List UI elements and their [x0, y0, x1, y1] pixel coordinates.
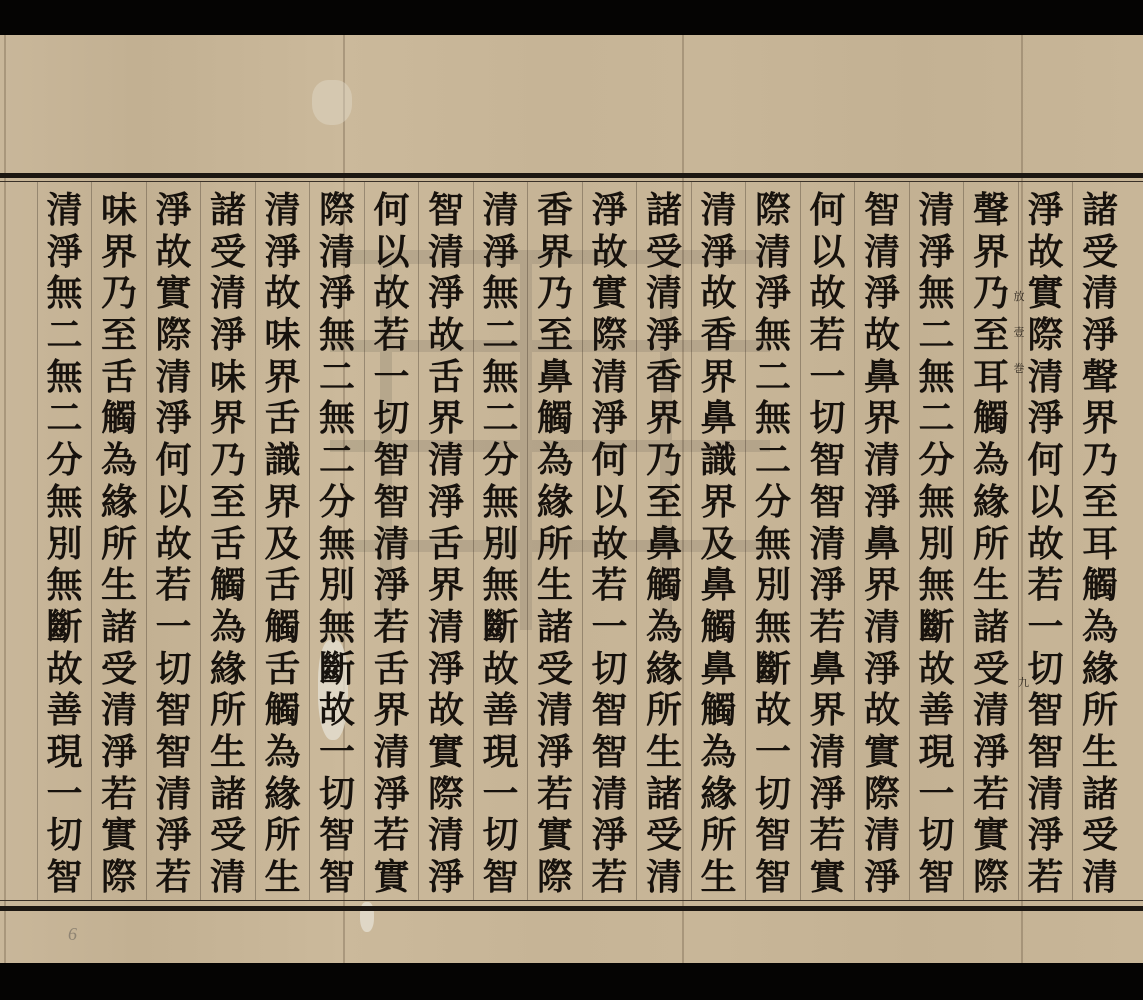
- glyph: 清: [864, 440, 900, 481]
- glyph: 淨: [101, 732, 137, 773]
- glyph: 諸: [210, 774, 246, 815]
- glyph: 智: [319, 857, 355, 898]
- glyph: 清: [646, 273, 682, 314]
- glyph: 觸: [101, 398, 137, 439]
- glyph: 一: [809, 357, 845, 398]
- glyph: 無: [918, 273, 954, 314]
- glyph: 鼻: [809, 649, 845, 690]
- glyph: 淨: [755, 273, 791, 314]
- glyph: 分: [918, 440, 954, 481]
- text-column: 際清淨無二無二分無別無斷故一切智智: [750, 190, 796, 898]
- glyph: 緣: [210, 649, 246, 690]
- glyph: 無: [482, 565, 518, 606]
- glyph: 智: [482, 857, 518, 898]
- glyph: 淨: [155, 398, 191, 439]
- glyph: 智: [918, 857, 954, 898]
- glyph: 二: [46, 315, 82, 356]
- glyph: 際: [864, 774, 900, 815]
- glyph: 淨: [428, 273, 464, 314]
- glyph: 為: [973, 440, 1009, 481]
- text-column: 諸受清淨味界乃至舌觸為緣所生諸受清: [205, 190, 251, 898]
- glyph: 界: [428, 565, 464, 606]
- glyph: 二: [755, 440, 791, 481]
- glyph: 受: [101, 649, 137, 690]
- text-column: 淨故實際清淨何以故若一切智智清淨若: [587, 190, 633, 898]
- glyph: 緣: [1082, 649, 1118, 690]
- glyph: 淨: [646, 315, 682, 356]
- column-divider: [909, 182, 910, 900]
- glyph: 淨: [537, 732, 573, 773]
- glyph: 香: [700, 315, 736, 356]
- text-column: 清淨無二無二分無別無斷故善現一切智: [42, 190, 88, 898]
- column-divider: [37, 182, 38, 900]
- glyph: 舌: [373, 649, 409, 690]
- glyph: 際: [591, 315, 627, 356]
- glyph: 智: [319, 815, 355, 856]
- glyph: 觸: [700, 690, 736, 731]
- glyph: 清: [973, 690, 1009, 731]
- glyph: 清: [428, 607, 464, 648]
- text-column: 諸受清淨聲界乃至耳觸為緣所生諸受清: [1077, 190, 1123, 898]
- glyph: 淨: [1027, 815, 1063, 856]
- glyph: 所: [210, 690, 246, 731]
- glyph: 二: [482, 315, 518, 356]
- glyph: 界: [210, 398, 246, 439]
- glyph: 無: [46, 357, 82, 398]
- glyph: 淨: [373, 565, 409, 606]
- glyph: 舌: [101, 357, 137, 398]
- column-divider: [854, 182, 855, 900]
- glyph: 故: [373, 273, 409, 314]
- glyph: 斷: [918, 607, 954, 648]
- glyph: 二: [918, 315, 954, 356]
- glyph: 若: [809, 815, 845, 856]
- glyph: 智: [428, 190, 464, 231]
- glyph: 智: [591, 732, 627, 773]
- glyph: 清: [864, 607, 900, 648]
- glyph: 清: [864, 815, 900, 856]
- glyph: 現: [46, 732, 82, 773]
- glyph: 為: [537, 440, 573, 481]
- glyph: 無: [755, 524, 791, 565]
- glyph: 味: [264, 315, 300, 356]
- glyph: 清: [1082, 857, 1118, 898]
- glyph: 智: [864, 190, 900, 231]
- glyph: 乃: [101, 273, 137, 314]
- glyph: 故: [1027, 232, 1063, 273]
- glyph: 為: [1082, 607, 1118, 648]
- glyph: 別: [319, 565, 355, 606]
- glyph: 舌: [210, 524, 246, 565]
- glyph: 際: [973, 857, 1009, 898]
- text-column: 淨故實際清淨何以故若一切智智清淨若: [151, 190, 197, 898]
- glyph: 為: [264, 732, 300, 773]
- glyph: 斷: [319, 649, 355, 690]
- glyph: 實: [373, 857, 409, 898]
- text-column: 清淨無二無二分無別無斷故善現一切智: [478, 190, 524, 898]
- glyph: 故: [319, 690, 355, 731]
- glyph: 故: [864, 315, 900, 356]
- glyph: 界: [101, 232, 137, 273]
- column-divider: [364, 182, 365, 900]
- glyph: 緣: [101, 482, 137, 523]
- glyph: 故: [482, 649, 518, 690]
- glyph: 清: [210, 273, 246, 314]
- glyph: 諸: [973, 607, 1009, 648]
- glyph: 切: [155, 649, 191, 690]
- glyph: 至: [973, 315, 1009, 356]
- glyph: 清: [537, 690, 573, 731]
- glyph: 善: [918, 690, 954, 731]
- glyph: 淨: [319, 273, 355, 314]
- glyph: 實: [101, 815, 137, 856]
- glyph: 智: [155, 732, 191, 773]
- center-fold-margin-note: 放 壹 巻: [1012, 290, 1026, 398]
- glyph: 若: [1027, 565, 1063, 606]
- glyph: 舌: [428, 524, 464, 565]
- glyph: 味: [101, 190, 137, 231]
- glyph: 智: [373, 440, 409, 481]
- glyph: 及: [264, 524, 300, 565]
- glyph: 緣: [264, 774, 300, 815]
- text-column: 香界乃至鼻觸為緣所生諸受清淨若實際: [532, 190, 578, 898]
- glyph: 淨: [864, 482, 900, 523]
- glyph: 淨: [591, 190, 627, 231]
- glyph: 一: [373, 357, 409, 398]
- glyph: 一: [918, 774, 954, 815]
- glyph: 若: [373, 315, 409, 356]
- glyph: 一: [591, 607, 627, 648]
- glyph: 實: [591, 273, 627, 314]
- glyph: 淨: [918, 232, 954, 273]
- glyph: 淨: [809, 774, 845, 815]
- glyph: 緣: [537, 482, 573, 523]
- glyph: 清: [591, 774, 627, 815]
- glyph: 別: [755, 565, 791, 606]
- glyph: 觸: [264, 607, 300, 648]
- glyph: 分: [319, 482, 355, 523]
- glyph: 受: [210, 815, 246, 856]
- glyph: 無: [482, 357, 518, 398]
- margin-note-char: 巻: [1014, 362, 1025, 376]
- glyph: 清: [101, 690, 137, 731]
- glyph: 諸: [210, 190, 246, 231]
- glyph: 別: [918, 524, 954, 565]
- glyph: 故: [428, 690, 464, 731]
- glyph: 界: [1082, 398, 1118, 439]
- glyph: 淨: [1082, 315, 1118, 356]
- glyph: 清: [864, 232, 900, 273]
- glyph: 際: [1027, 315, 1063, 356]
- glyph: 緣: [973, 482, 1009, 523]
- glyph: 淨: [373, 774, 409, 815]
- glyph: 智: [755, 815, 791, 856]
- text-column: 淨故實際清淨何以故若一切智智清淨若: [1023, 190, 1069, 898]
- glyph: 淨: [264, 232, 300, 273]
- glyph: 分: [755, 482, 791, 523]
- glyph: 生: [1082, 732, 1118, 773]
- glyph: 若: [101, 774, 137, 815]
- glyph: 界: [864, 565, 900, 606]
- glyph: 實: [973, 815, 1009, 856]
- glyph: 至: [210, 482, 246, 523]
- glyph: 斷: [46, 607, 82, 648]
- glyph: 界: [700, 357, 736, 398]
- glyph: 清: [428, 440, 464, 481]
- glyph: 清: [155, 357, 191, 398]
- glyph: 受: [646, 232, 682, 273]
- column-divider: [309, 182, 310, 900]
- glyph: 所: [537, 524, 573, 565]
- glyph: 若: [809, 607, 845, 648]
- glyph: 無: [755, 607, 791, 648]
- glyph: 若: [155, 857, 191, 898]
- glyph: 智: [755, 857, 791, 898]
- glyph: 清: [809, 524, 845, 565]
- glyph: 無: [918, 482, 954, 523]
- glyph: 故: [155, 232, 191, 273]
- glyph: 鼻: [537, 357, 573, 398]
- glyph: 現: [918, 732, 954, 773]
- glyph: 故: [264, 273, 300, 314]
- glyph: 至: [1082, 482, 1118, 523]
- glyph: 淨: [46, 232, 82, 273]
- glyph: 清: [46, 190, 82, 231]
- text-column: 智清淨故舌界清淨舌界清淨故實際清淨: [423, 190, 469, 898]
- glyph: 以: [809, 232, 845, 273]
- column-divider: [91, 182, 92, 900]
- bottom-border-rule: [0, 906, 1143, 911]
- glyph: 清: [1027, 357, 1063, 398]
- column-divider: [527, 182, 528, 900]
- glyph: 諸: [646, 190, 682, 231]
- glyph: 別: [46, 524, 82, 565]
- glyph: 一: [482, 774, 518, 815]
- glyph: 所: [700, 815, 736, 856]
- top-border-inner-rule: [0, 181, 1143, 182]
- text-column: 際清淨無二無二分無別無斷故一切智智: [314, 190, 360, 898]
- text-column: 諸受清淨香界乃至鼻觸為緣所生諸受清: [641, 190, 687, 898]
- glyph: 所: [101, 524, 137, 565]
- glyph: 何: [155, 440, 191, 481]
- glyph: 清: [373, 732, 409, 773]
- glyph: 以: [591, 482, 627, 523]
- glyph: 淨: [210, 315, 246, 356]
- glyph: 清: [755, 232, 791, 273]
- glyph: 鼻: [700, 398, 736, 439]
- glyph: 鼻: [646, 524, 682, 565]
- glyph: 何: [373, 190, 409, 231]
- glyph: 鼻: [700, 565, 736, 606]
- glyph: 清: [918, 190, 954, 231]
- glyph: 淨: [591, 398, 627, 439]
- glyph: 所: [264, 815, 300, 856]
- glyph: 味: [210, 357, 246, 398]
- glyph: 斷: [755, 649, 791, 690]
- glyph: 界: [537, 232, 573, 273]
- glyph: 斷: [482, 607, 518, 648]
- glyph: 切: [1027, 649, 1063, 690]
- folio-number: 九: [1018, 674, 1029, 690]
- glyph: 淨: [864, 273, 900, 314]
- glyph: 際: [101, 857, 137, 898]
- glyph: 切: [319, 774, 355, 815]
- glyph: 觸: [210, 565, 246, 606]
- glyph: 無: [319, 398, 355, 439]
- glyph: 淨: [700, 232, 736, 273]
- glyph: 受: [1082, 815, 1118, 856]
- column-divider: [255, 182, 256, 900]
- column-divider: [582, 182, 583, 900]
- glyph: 耳: [973, 357, 1009, 398]
- glyph: 智: [46, 857, 82, 898]
- glyph: 乃: [210, 440, 246, 481]
- glyph: 聲: [973, 190, 1009, 231]
- glyph: 乃: [646, 440, 682, 481]
- glyph: 界: [428, 398, 464, 439]
- glyph: 一: [1027, 607, 1063, 648]
- glyph: 受: [537, 649, 573, 690]
- glyph: 清: [373, 524, 409, 565]
- glyph: 故: [1027, 524, 1063, 565]
- glyph: 清: [809, 732, 845, 773]
- glyph: 生: [210, 732, 246, 773]
- glyph: 故: [591, 524, 627, 565]
- glyph: 際: [319, 190, 355, 231]
- glyph: 生: [101, 565, 137, 606]
- glyph: 清: [482, 190, 518, 231]
- glyph: 實: [864, 732, 900, 773]
- glyph: 受: [1082, 232, 1118, 273]
- glyph: 一: [155, 607, 191, 648]
- glyph: 生: [973, 565, 1009, 606]
- glyph: 鼻: [700, 649, 736, 690]
- glyph: 為: [101, 440, 137, 481]
- text-column: 何以故若一切智智清淨若舌界清淨若實: [369, 190, 415, 898]
- column-divider: [146, 182, 147, 900]
- glyph: 故: [755, 690, 791, 731]
- top-border-rule: [0, 173, 1143, 178]
- text-column: 智清淨故鼻界清淨鼻界清淨故實際清淨: [859, 190, 905, 898]
- glyph: 切: [591, 649, 627, 690]
- glyph: 至: [101, 315, 137, 356]
- glyph: 淨: [591, 815, 627, 856]
- column-divider: [800, 182, 801, 900]
- glyph: 若: [1027, 857, 1063, 898]
- bottom-border-inner-rule: [0, 900, 1143, 901]
- glyph: 乃: [973, 273, 1009, 314]
- glyph: 為: [210, 607, 246, 648]
- glyph: 分: [46, 440, 82, 481]
- glyph: 淨: [809, 565, 845, 606]
- glyph: 無: [46, 565, 82, 606]
- glyph: 智: [809, 440, 845, 481]
- glyph: 無: [319, 607, 355, 648]
- glyph: 諸: [646, 774, 682, 815]
- glyph: 故: [591, 232, 627, 273]
- column-divider: [418, 182, 419, 900]
- margin-note-char: 壹: [1014, 326, 1025, 340]
- glyph: 清: [210, 857, 246, 898]
- glyph: 香: [537, 190, 573, 231]
- glyph: 淨: [428, 482, 464, 523]
- glyph: 無: [482, 273, 518, 314]
- glyph: 無: [918, 565, 954, 606]
- glyph: 淨: [1027, 190, 1063, 231]
- glyph: 故: [46, 649, 82, 690]
- glyph: 若: [155, 565, 191, 606]
- glyph: 故: [428, 315, 464, 356]
- text-column: 聲界乃至耳觸為緣所生諸受清淨若實際: [968, 190, 1014, 898]
- margin-note-char: 放: [1014, 290, 1025, 304]
- column-divider: [691, 182, 692, 900]
- glyph: 無: [918, 357, 954, 398]
- glyph: 受: [210, 232, 246, 273]
- glyph: 觸: [973, 398, 1009, 439]
- glyph: 鼻: [864, 357, 900, 398]
- glyph: 觸: [700, 607, 736, 648]
- glyph: 生: [700, 857, 736, 898]
- glyph: 若: [591, 857, 627, 898]
- glyph: 舌: [264, 565, 300, 606]
- glyph: 清: [428, 232, 464, 273]
- glyph: 乃: [1082, 440, 1118, 481]
- glyph: 若: [537, 774, 573, 815]
- glyph: 無: [482, 482, 518, 523]
- glyph: 若: [809, 315, 845, 356]
- glyph: 乃: [537, 273, 573, 314]
- column-divider: [1072, 182, 1073, 900]
- glyph: 淨: [155, 190, 191, 231]
- paper-stain: [312, 80, 352, 125]
- glyph: 切: [918, 815, 954, 856]
- glyph: 切: [46, 815, 82, 856]
- glyph: 故: [918, 649, 954, 690]
- glyph: 清: [646, 857, 682, 898]
- glyph: 生: [537, 565, 573, 606]
- glyph: 及: [700, 524, 736, 565]
- glyph: 智: [155, 690, 191, 731]
- glyph: 舌: [264, 649, 300, 690]
- column-divider: [473, 182, 474, 900]
- column-divider: [636, 182, 637, 900]
- glyph: 實: [809, 857, 845, 898]
- glyph: 切: [809, 398, 845, 439]
- glyph: 智: [809, 482, 845, 523]
- glyph: 無: [755, 398, 791, 439]
- glyph: 現: [482, 732, 518, 773]
- glyph: 切: [755, 774, 791, 815]
- glyph: 若: [973, 774, 1009, 815]
- glyph: 界: [646, 398, 682, 439]
- glyph: 受: [973, 649, 1009, 690]
- glyph: 舌: [264, 398, 300, 439]
- glyph: 一: [46, 774, 82, 815]
- glyph: 諸: [101, 607, 137, 648]
- glyph: 若: [373, 815, 409, 856]
- text-column: 清淨故味界舌識界及舌觸舌觸為緣所生: [260, 190, 306, 898]
- text-column: 清淨無二無二分無別無斷故善現一切智: [914, 190, 960, 898]
- glyph: 界: [700, 482, 736, 523]
- glyph: 香: [646, 357, 682, 398]
- glyph: 所: [1082, 690, 1118, 731]
- glyph: 諸: [1082, 774, 1118, 815]
- column-divider: [745, 182, 746, 900]
- glyph: 所: [973, 524, 1009, 565]
- glyph: 淨: [1027, 398, 1063, 439]
- text-column: 清淨故香界鼻識界及鼻觸鼻觸為緣所生: [696, 190, 742, 898]
- glyph: 舌: [428, 357, 464, 398]
